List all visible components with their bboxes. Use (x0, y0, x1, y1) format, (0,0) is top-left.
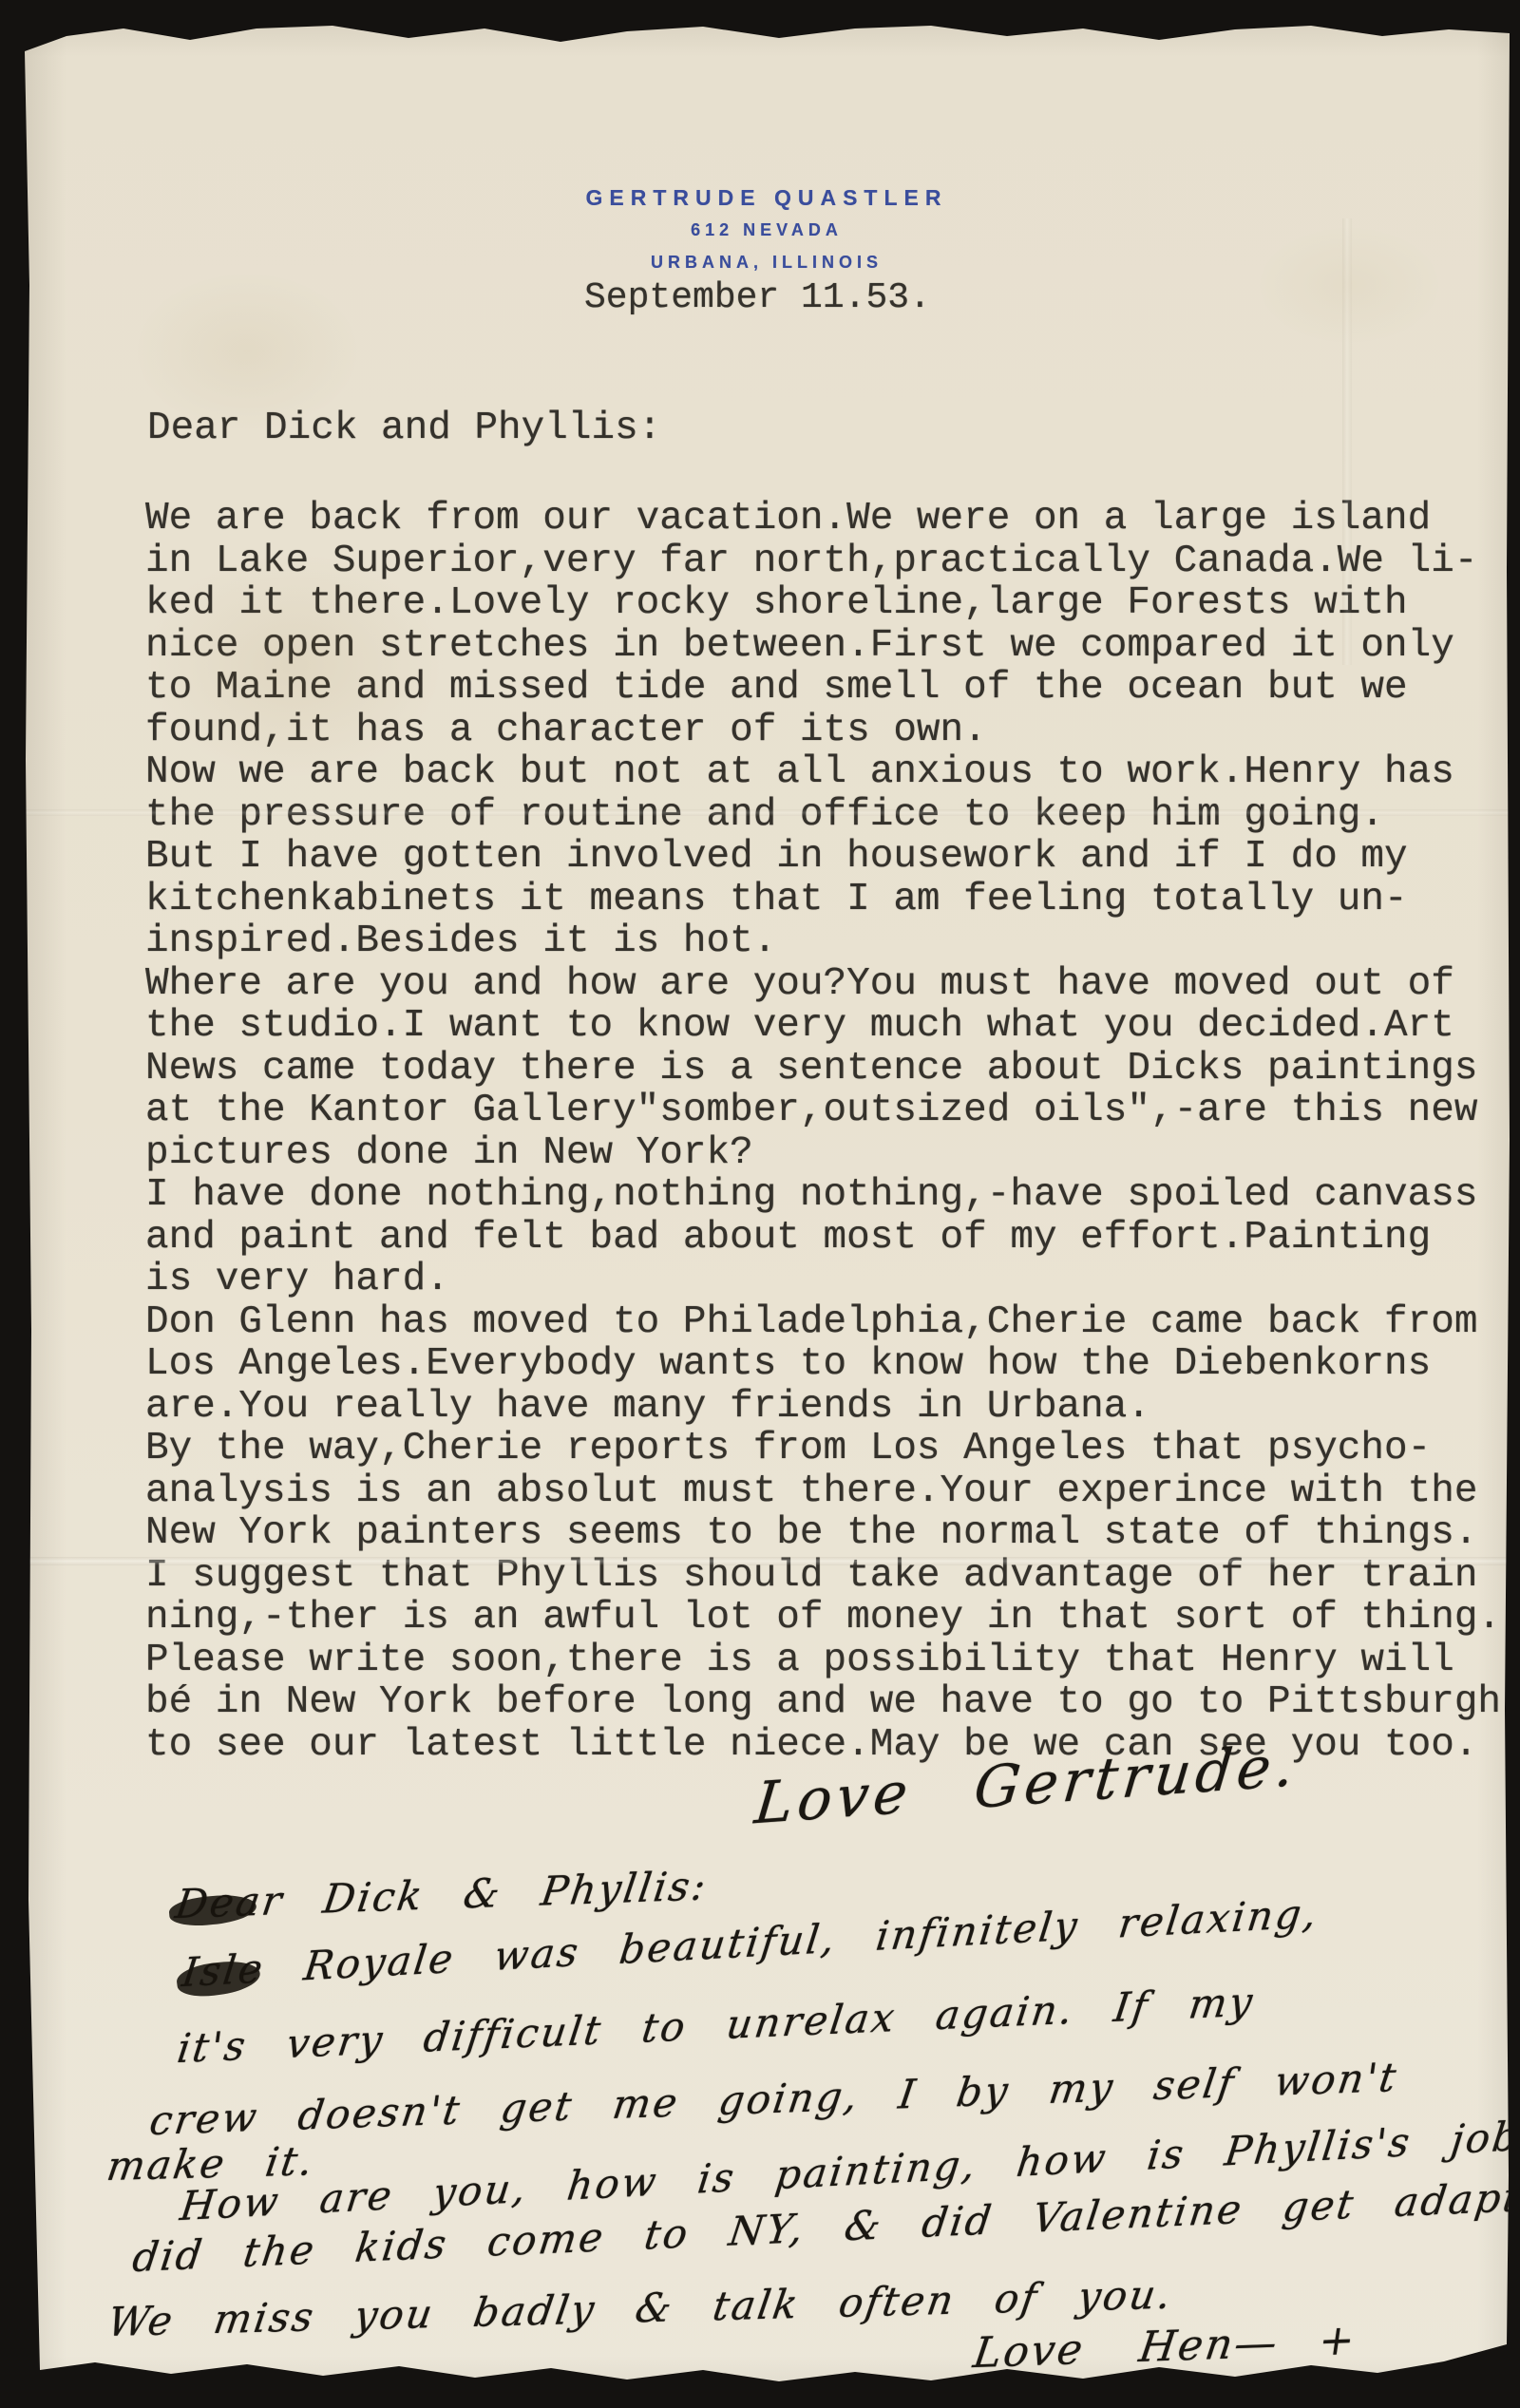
closing-word: Love (751, 1759, 915, 1837)
postscript-closing-word: Love (970, 2325, 1088, 2378)
salutation: Dear Dick and Phyllis: (147, 407, 661, 450)
postscript-line-1: Dear Dick & Phyllis: (173, 1862, 712, 1927)
date-line: September 11.53. (584, 277, 931, 318)
postscript-signature: LoveHen— + (970, 2316, 1359, 2378)
postscript-line-3: it's very difficult to unrelax again. If… (175, 1978, 1258, 2072)
letter-paper: GERTRUDE QUASTLER 612 NEVADA URBANA, ILL… (0, 0, 1520, 2408)
letterhead-address-line2: URBANA, ILLINOIS (651, 254, 883, 273)
letterhead-name: GERTRUDE QUASTLER (586, 186, 948, 210)
typed-body-text: We are back from our vacation.We were on… (145, 498, 1501, 1766)
scan-background: GERTRUDE QUASTLER 612 NEVADA URBANA, ILL… (0, 0, 1520, 2408)
letterhead-address-line1: 612 NEVADA (691, 221, 843, 240)
postscript-signature-name: Hen— + (1136, 2316, 1360, 2372)
